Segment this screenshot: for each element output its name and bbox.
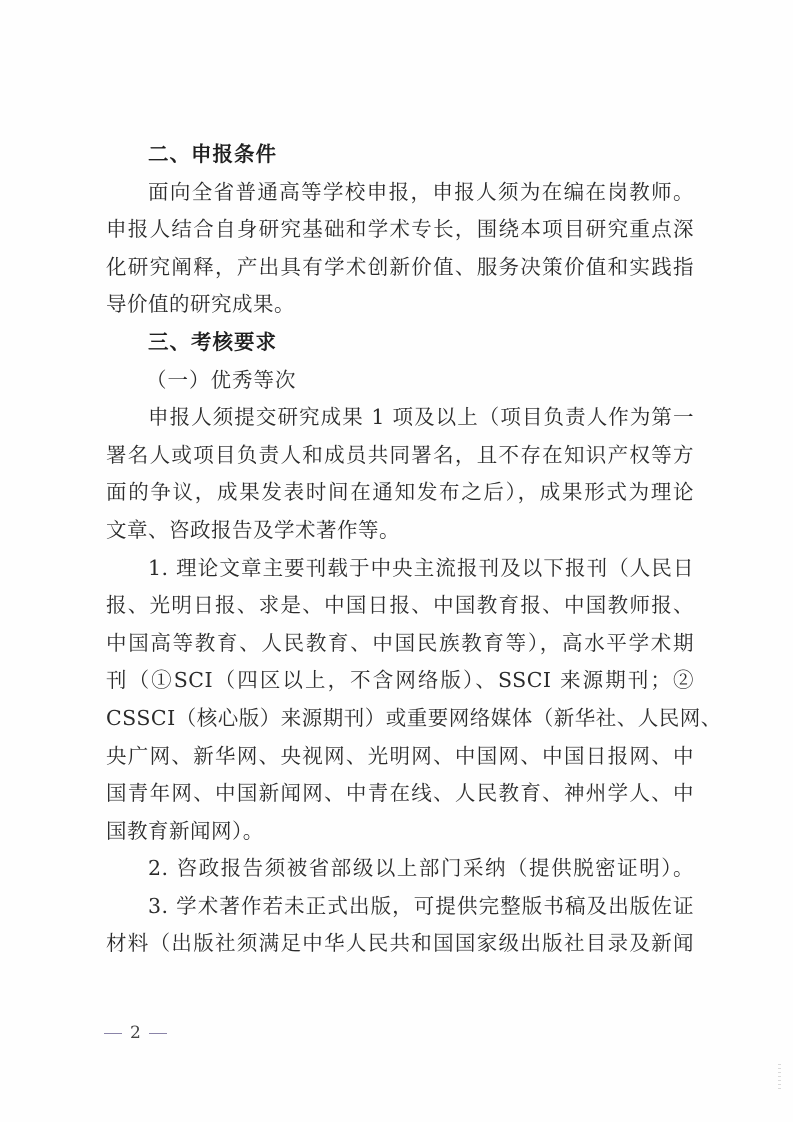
paragraph-academic-works: 3. 学术著作若未正式出版，可提供完整版书稿及出版佐证 材料（出版社须满足中华人… bbox=[106, 888, 694, 963]
paragraph-line: 申报人须提交研究成果 1 项及以上（项目负责人作为第一 bbox=[106, 399, 694, 437]
page-number-dash-right bbox=[149, 1033, 167, 1034]
page-number-dash-left bbox=[104, 1033, 122, 1034]
paragraph-line: 中国高等教育、人民教育、中国民族教育等），高水平学术期 bbox=[106, 625, 694, 663]
paragraph-line: 刊（①SCI（四区以上，不含网络版）、SSCI 来源期刊；② bbox=[106, 662, 694, 700]
section-heading-application-conditions: 二、申报条件 bbox=[106, 136, 694, 174]
paragraph-policy-reports: 2. 咨政报告须被省部级以上部门采纳（提供脱密证明）。 bbox=[106, 850, 694, 888]
paragraph-line: 署名人或项目负责人和成员共同署名，且不存在知识产权等方 bbox=[106, 437, 694, 475]
paragraph-line: 报、光明日报、求是、中国日报、中国教育报、中国教师报、 bbox=[106, 587, 694, 625]
paragraph-line: 化研究阐释，产出具有学术创新价值、服务决策价值和实践指 bbox=[106, 249, 694, 287]
paragraph-submission-requirements: 申报人须提交研究成果 1 项及以上（项目负责人作为第一 署名人或项目负责人和成员… bbox=[106, 399, 694, 549]
paragraph-line: 国教育新闻网）。 bbox=[106, 813, 694, 851]
paragraph-line: 央广网、新华网、央视网、光明网、中国网、中国日报网、中 bbox=[106, 738, 694, 776]
section-heading-assessment-requirements: 三、考核要求 bbox=[106, 324, 694, 362]
paragraph-line: 2. 咨政报告须被省部级以上部门采纳（提供脱密证明）。 bbox=[106, 850, 694, 888]
paragraph-theory-articles: 1. 理论文章主要刊载于中央主流报刊及以下报刊（人民日 报、光明日报、求是、中国… bbox=[106, 550, 694, 851]
page-number-value: 2 bbox=[130, 1023, 141, 1043]
page-number: 2 bbox=[104, 1023, 167, 1043]
paragraph-line: 申报人结合自身研究基础和学术专长，围绕本项目研究重点深 bbox=[106, 211, 694, 249]
paragraph-line: 1. 理论文章主要刊载于中央主流报刊及以下报刊（人民日 bbox=[106, 550, 694, 588]
paragraph-line: 材料（出版社须满足中华人民共和国国家级出版社目录及新闻 bbox=[106, 925, 694, 963]
paragraph-line: 文章、咨政报告及学术著作等。 bbox=[106, 512, 694, 550]
paragraph-line: 3. 学术著作若未正式出版，可提供完整版书稿及出版佐证 bbox=[106, 888, 694, 926]
document-page: 二、申报条件 面向全省普通高等学校申报，申报人须为在编在岗教师。 申报人结合自身… bbox=[0, 0, 793, 1122]
paragraph-application-conditions: 面向全省普通高等学校申报，申报人须为在编在岗教师。 申报人结合自身研究基础和学术… bbox=[106, 174, 694, 324]
paragraph-line: 导价值的研究成果。 bbox=[106, 286, 694, 324]
paragraph-line: 面向全省普通高等学校申报，申报人须为在编在岗教师。 bbox=[106, 174, 694, 212]
paragraph-line: 国青年网、中国新闻网、中青在线、人民教育、神州学人、中 bbox=[106, 775, 694, 813]
subheading-excellent-level: （一）优秀等次 bbox=[106, 362, 694, 400]
paragraph-line: 面的争议，成果发表时间在通知发布之后），成果形式为理论 bbox=[106, 474, 694, 512]
document-body: 二、申报条件 面向全省普通高等学校申报，申报人须为在编在岗教师。 申报人结合自身… bbox=[106, 136, 694, 963]
scan-edge-marks bbox=[778, 1064, 781, 1090]
paragraph-line: CSSCI（核心版）来源期刊）或重要网络媒体（新华社、人民网、 bbox=[106, 700, 694, 738]
